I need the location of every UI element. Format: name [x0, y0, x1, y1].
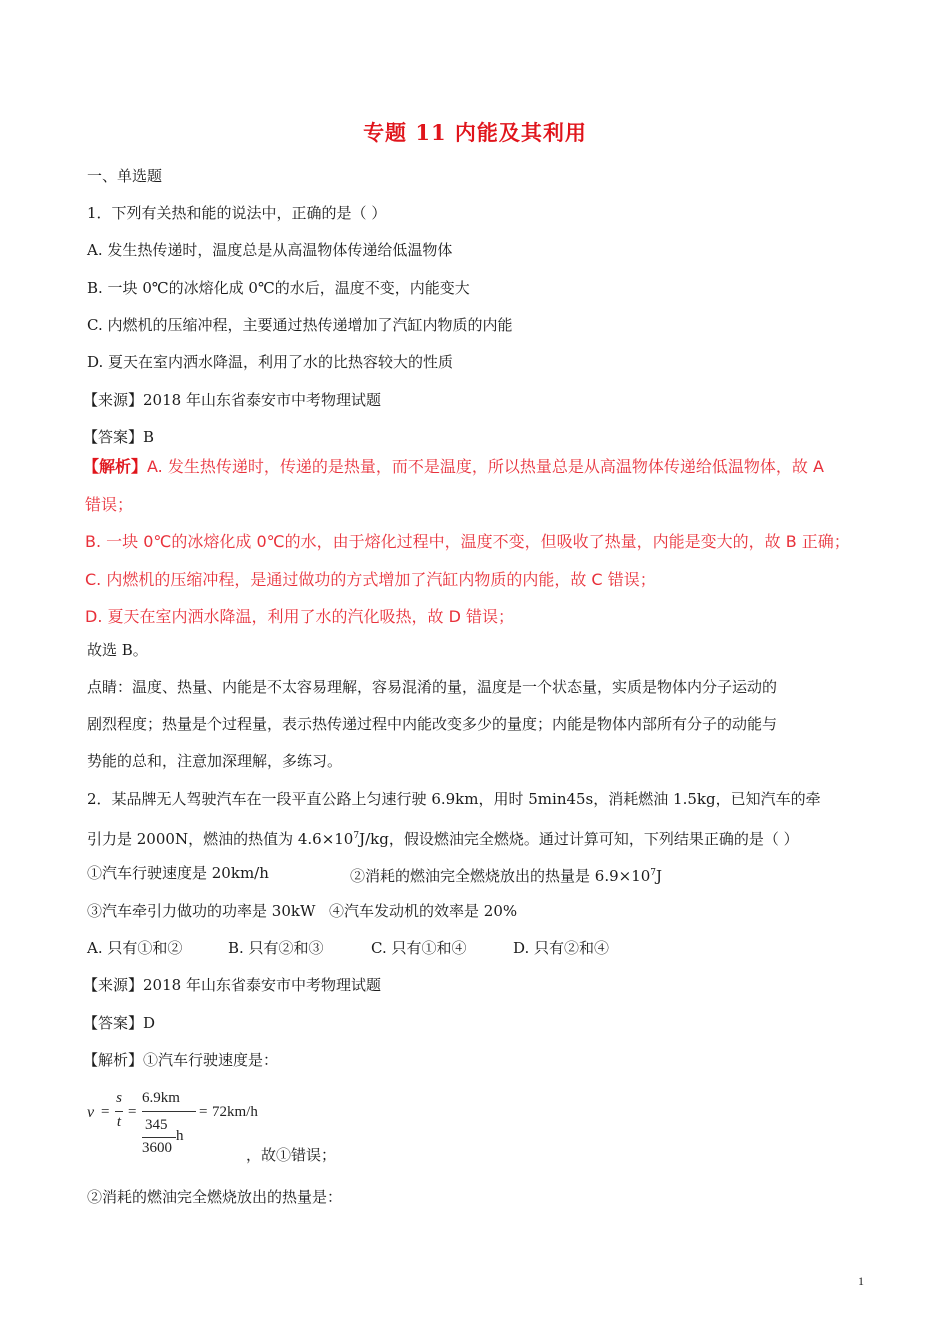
q2-stem-line-1: 2．某品牌无人驾驶汽车在一段平直公路上匀速行驶 6.9km，用时 5min45s… — [87, 789, 821, 809]
q1-option-a: A. 发生热传递时，温度总是从高温物体传递给低温物体 — [87, 240, 452, 260]
q2-statement-4: ④汽车发动机的效率是 20% — [329, 901, 517, 921]
q2-option-a: A. 只有①和② — [87, 938, 182, 958]
fraction-bar — [115, 1111, 123, 1112]
q1-analysis-line-5: D. 夏天在室内洒水降温，利用了水的汽化吸热，故 D 错误； — [85, 607, 514, 627]
q2-option-b: B. 只有②和③ — [228, 938, 324, 958]
q2-statement-2: ②消耗的燃油完全燃烧放出的热量是 6.9×107J — [350, 863, 662, 886]
q2-option-c: C. 只有①和④ — [371, 938, 466, 958]
q2-statement-1: ①汽车行驶速度是 20km/h — [87, 863, 269, 883]
q2-statement-3: ③汽车牵引力做功的功率是 30kW — [87, 901, 315, 921]
formula-conclusion: ，故①错误； — [246, 1145, 336, 1165]
q1-stem: 1．下列有关热和能的说法中，正确的是（ ） — [87, 203, 386, 223]
q1-tip-line-1: 点睛：温度、热量、内能是不太容易理解，容易混淆的量，温度是一个状态量，实质是物体… — [87, 677, 777, 697]
q1-tip-line-3: 势能的总和，注意加深理解，多练习。 — [87, 751, 342, 771]
q1-option-b: B. 一块 0℃的冰熔化成 0℃的水后，温度不变，内能变大 — [87, 278, 470, 298]
q1-analysis-line-4: C. 内燃机的压缩冲程，是通过做功的方式增加了汽缸内物质的内能，故 C 错误； — [85, 570, 656, 590]
q1-analysis-line-3: B. 一块 0℃的冰熔化成 0℃的水，由于熔化过程中，温度不变，但吸收了热量，内… — [85, 532, 850, 552]
fraction-bar — [142, 1137, 176, 1138]
q2-analysis-line-2: ②消耗的燃油完全燃烧放出的热量是： — [87, 1187, 342, 1207]
q1-source: 【来源】2018 年山东省泰安市中考物理试题 — [83, 390, 381, 410]
section-heading: 一、单选题 — [87, 166, 162, 186]
analysis-tag: 【解析】 — [83, 457, 147, 476]
q2-answer: 【答案】D — [83, 1013, 155, 1033]
q1-tip-line-2: 剧烈程度；热量是个过程量，表示热传递过程中内能改变多少的量度；内能是物体内部所有… — [87, 714, 777, 734]
q1-answer: 【答案】B — [83, 427, 154, 447]
q1-analysis-line-1: 【解析】A. 发生热传递时，传递的是热量，而不是温度，所以热量总是从高温物体传递… — [83, 457, 824, 477]
q2-option-d: D. 只有②和④ — [513, 938, 609, 958]
page-number: 1 — [858, 1274, 864, 1289]
q1-conclusion: 故选 B。 — [87, 640, 148, 660]
q2-stem-line-2: 引力是 2000N，燃油的热值为 4.6×107J/kg，假设燃油完全燃烧。通过… — [87, 826, 799, 849]
q1-option-d: D. 夏天在室内洒水降温，利用了水的比热容较大的性质 — [87, 352, 453, 372]
q1-option-c: C. 内燃机的压缩冲程，主要通过热传递增加了汽缸内物质的内能 — [87, 315, 512, 335]
q1-analysis-line-2: 错误； — [85, 495, 133, 515]
q2-analysis-line-1: 【解析】①汽车行驶速度是： — [83, 1050, 278, 1070]
document-title: 专题 11 内能及其利用 — [0, 117, 950, 147]
q2-source: 【来源】2018 年山东省泰安市中考物理试题 — [83, 975, 381, 995]
fraction-bar — [142, 1111, 196, 1112]
